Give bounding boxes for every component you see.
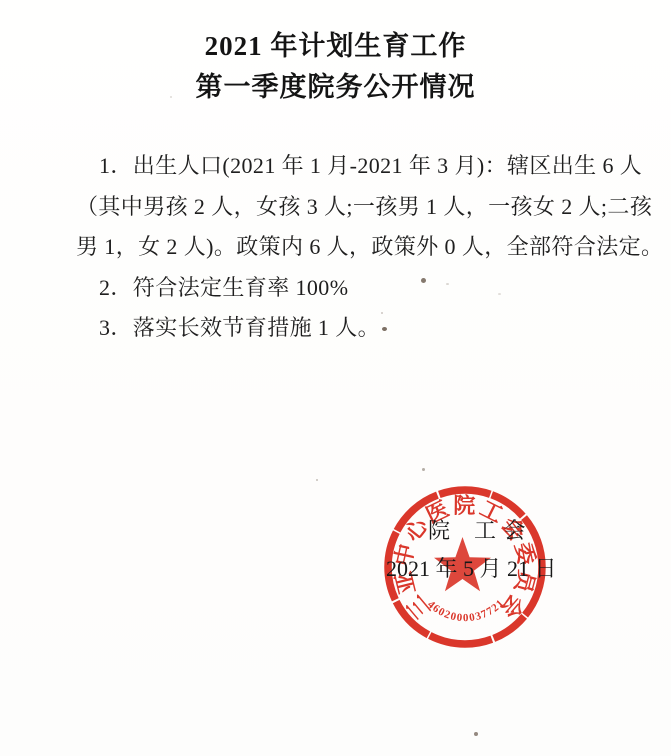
scan-speck [316,479,318,481]
body-line-5: 3．落实长效节育措施 1 人。 [0,308,671,349]
document-title: 2021 年计划生育工作 第一季度院务公开情况 [0,26,671,108]
body-paragraphs: 1．出生人口(2021 年 1 月-2021 年 3 月)：辖区出生 6 人 （… [0,146,671,349]
signature-date: 2021 年 5 月 21 日 [386,552,557,583]
body-line-1: 1．出生人口(2021 年 1 月-2021 年 3 月)：辖区出生 6 人 [0,146,671,187]
title-line-2: 第一季度院务公开情况 [0,67,671,108]
scan-speck [498,293,501,295]
scan-speck [381,312,383,314]
scan-speck [421,278,426,283]
seal-serial-number: 4602000037721 [425,597,507,624]
scan-speck [446,283,449,285]
scanned-document-page: 2021 年计划生育工作 第一季度院务公开情况 1．出生人口(2021 年 1 … [0,0,671,756]
scan-speck [422,468,425,471]
scan-speck [474,732,478,736]
body-line-4: 2．符合法定生育率 100% [0,268,671,309]
scan-speck [170,96,172,98]
body-line-3: 男 1，女 2 人)。政策内 6 人，政策外 0 人，全部符合法定。 [0,227,671,268]
body-line-2: （其中男孩 2 人，女孩 3 人;一孩男 1 人，一孩女 2 人;二孩 [0,187,671,228]
scan-speck [382,327,387,331]
title-line-1: 2021 年计划生育工作 [0,26,671,67]
union-signature: 院 工 会 [428,514,527,545]
